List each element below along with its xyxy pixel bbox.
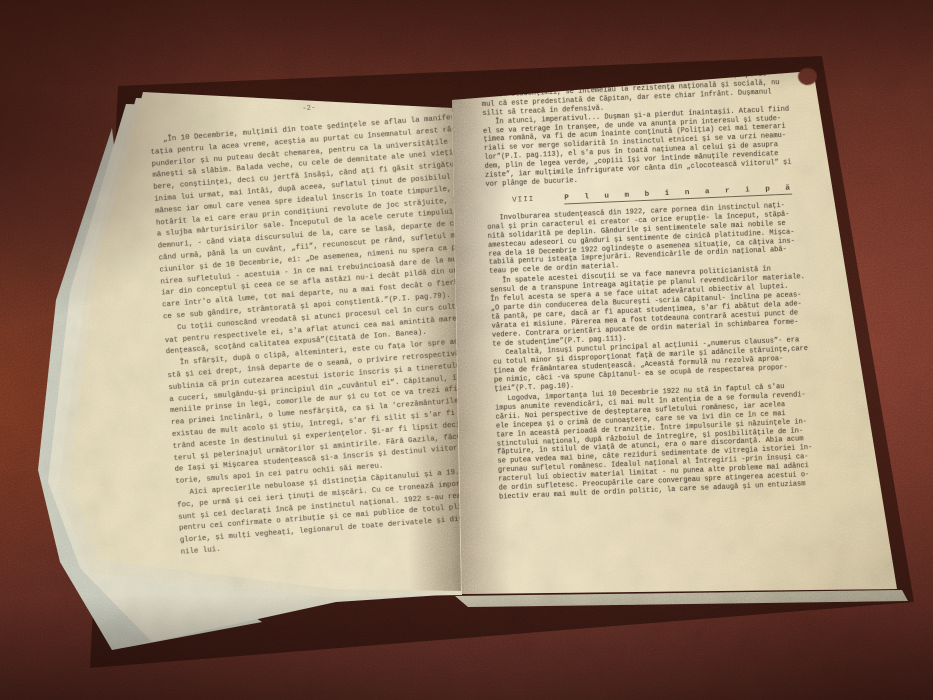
right-page-text: ...torii, Căpitanului, alte armate și to… [481, 69, 831, 504]
paragraph: Logodva, importanța lui 10 Decembrie 192… [495, 381, 831, 502]
right-page-body: Involburarea studențească din 1922, care… [487, 200, 831, 502]
paragraph: În spatele acestei discuții se va face m… [490, 264, 825, 350]
page-corner-notch [798, 68, 817, 85]
photo-of-open-typescript: -2- „În 10 Decembrie, mulțimii din toate… [0, 0, 933, 700]
chapter-number: VIII [512, 196, 535, 207]
chapter-title: P l u m b î n a r i p ă [564, 184, 792, 204]
